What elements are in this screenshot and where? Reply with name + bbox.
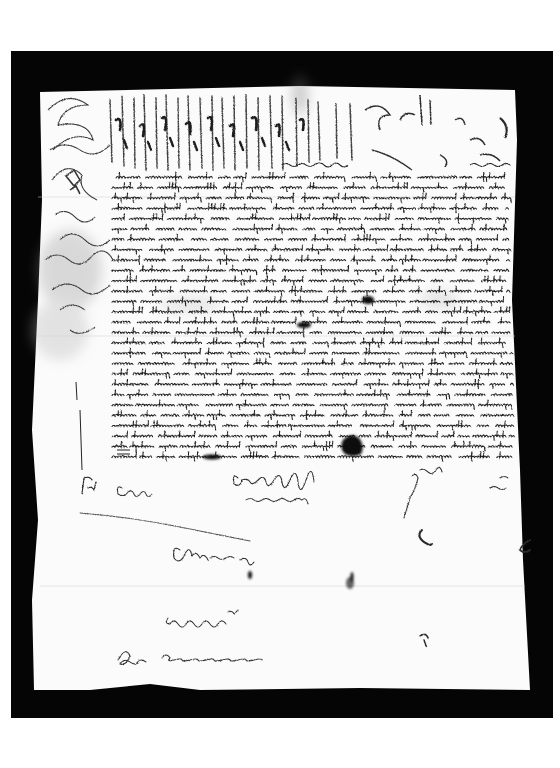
manuscript-scan xyxy=(0,0,560,768)
